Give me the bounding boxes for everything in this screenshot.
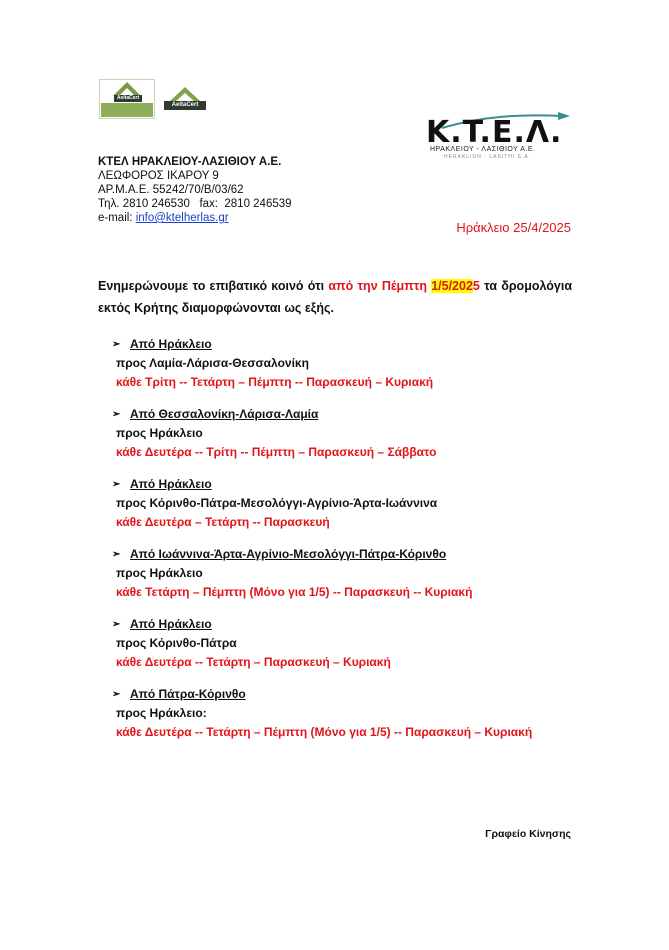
- arrow-bullet-icon: ➢: [112, 685, 130, 704]
- cert-logo-2-text: AeltaCert: [164, 101, 206, 110]
- routes-list: ➢Από Ηράκλειο προς Λαμία-Λάρισα-Θεσσαλον…: [112, 335, 582, 755]
- route-item: ➢Από Ιωάννινα-Άρτα-Αγρίνιο-Μεσολόγγι-Πάτ…: [112, 545, 582, 602]
- route-from: Από Ηράκλειο: [130, 475, 212, 494]
- signature: Γραφείο Κίνησης: [485, 828, 571, 840]
- arrow-bullet-icon: ➢: [112, 545, 130, 564]
- intro-text-1: Ενημερώνουμε το επιβατικό κοινό ότι: [98, 279, 328, 293]
- route-days: κάθε Τρίτη -- Τετάρτη – Πέμπτη -- Παρασκ…: [112, 373, 582, 392]
- route-from: Από Ηράκλειο: [130, 615, 212, 634]
- company-email-line: e-mail: info@ktelherlas.gr: [98, 211, 292, 225]
- route-to: προς Κόρινθο-Πάτρα-Μεσολόγγι-Αγρίνιο-Άρτ…: [112, 494, 582, 513]
- route-days: κάθε Δευτέρα – Τετάρτη -- Παρασκευή: [112, 513, 582, 532]
- route-item: ➢Από Ηράκλειο προς Λαμία-Λάρισα-Θεσσαλον…: [112, 335, 582, 392]
- route-to: προς Ηράκλειο: [112, 564, 582, 583]
- intro-highlighted-date: 1/5/202: [431, 279, 473, 293]
- city-date: Ηράκλειο 25/4/2025: [456, 220, 571, 235]
- route-item: ➢Από Ηράκλειο προς Κόρινθο-Πάτρα-Μεσολόγ…: [112, 475, 582, 532]
- cert-logo-1-base: [101, 103, 153, 117]
- arrow-bullet-icon: ➢: [112, 405, 130, 424]
- company-phone: Τηλ. 2810 246530 fax: 2810 246539: [98, 197, 292, 211]
- intro-date-tail: 5: [473, 279, 480, 293]
- roof-inner-shape: [176, 93, 194, 101]
- ktel-logo-subtitle-latin: HERAKLION - LASITHI S.A.: [444, 154, 531, 160]
- route-to: προς Λαμία-Λάρισα-Θεσσαλονίκη: [112, 354, 582, 373]
- ktel-logo-subtitle: ΗΡΑΚΛΕΙΟΥ - ΛΑΣΙΘΙΟΥ Α.Ε.: [430, 146, 535, 153]
- intro-red-text: από την Πέμπτη: [328, 279, 431, 293]
- deltacert-logo-2: AeltaCert: [160, 87, 210, 117]
- email-label: e-mail:: [98, 212, 136, 224]
- route-days: κάθε Δευτέρα -- Τετάρτη – Πέμπτη (Μόνο γ…: [112, 723, 582, 742]
- ktel-logo: K.T.E.Λ. ΗΡΑΚΛΕΙΟΥ - ΛΑΣΙΘΙΟΥ Α.Ε. HERAK…: [422, 110, 577, 160]
- company-name: ΚΤΕΛ ΗΡΑΚΛΕΙΟΥ-ΛΑΣΙΘΙΟΥ Α.Ε.: [98, 155, 292, 169]
- route-from: Από Ιωάννινα-Άρτα-Αγρίνιο-Μεσολόγγι-Πάτρ…: [130, 545, 446, 564]
- route-from: Από Πάτρα-Κόρινθο: [130, 685, 246, 704]
- route-to: προς Ηράκλειο: [112, 424, 582, 443]
- intro-paragraph: Ενημερώνουμε το επιβατικό κοινό ότι από …: [98, 275, 572, 319]
- company-address: ΛΕΩΦΟΡΟΣ ΙΚΑΡΟΥ 9: [98, 169, 292, 183]
- route-item: ➢Από Πάτρα-Κόρινθο προς Ηράκλειο: κάθε Δ…: [112, 685, 582, 742]
- cert-logo-1-text: AeltaCert: [114, 95, 142, 102]
- route-days: κάθε Τετάρτη – Πέμπτη (Μόνο για 1/5) -- …: [112, 583, 582, 602]
- route-to: προς Ηράκλειο:: [112, 704, 582, 723]
- route-item: ➢Από Ηράκλειο προς Κόρινθο-Πάτρα κάθε Δε…: [112, 615, 582, 672]
- deltacert-logo-1: AeltaCert: [99, 79, 155, 119]
- route-from: Από Θεσσαλονίκη-Λάρισα-Λαμία: [130, 405, 318, 424]
- route-to: προς Κόρινθο-Πάτρα: [112, 634, 582, 653]
- arrow-bullet-icon: ➢: [112, 335, 130, 354]
- company-registration: ΑΡ.Μ.Α.Ε. 55242/70/Β/03/62: [98, 183, 292, 197]
- cert-logo-2-sub: [164, 110, 206, 114]
- route-days: κάθε Δευτέρα -- Τρίτη -- Πέμπτη – Παρασκ…: [112, 443, 582, 462]
- document-page: AeltaCert AeltaCert K.T.E.Λ. ΗΡΑΚΛΕΙΟΥ -…: [0, 0, 669, 950]
- arrow-bullet-icon: ➢: [112, 475, 130, 494]
- company-info: ΚΤΕΛ ΗΡΑΚΛΕΙΟΥ-ΛΑΣΙΘΙΟΥ Α.Ε. ΛΕΩΦΟΡΟΣ ΙΚ…: [98, 155, 292, 225]
- route-days: κάθε Δευτέρα -- Τετάρτη – Παρασκευή – Κυ…: [112, 653, 582, 672]
- email-link[interactable]: info@ktelherlas.gr: [136, 212, 229, 224]
- route-from: Από Ηράκλειο: [130, 335, 212, 354]
- route-item: ➢Από Θεσσαλονίκη-Λάρισα-Λαμία προς Ηράκλ…: [112, 405, 582, 462]
- arrow-bullet-icon: ➢: [112, 615, 130, 634]
- ktel-logo-letters: K.T.E.Λ.: [426, 118, 562, 148]
